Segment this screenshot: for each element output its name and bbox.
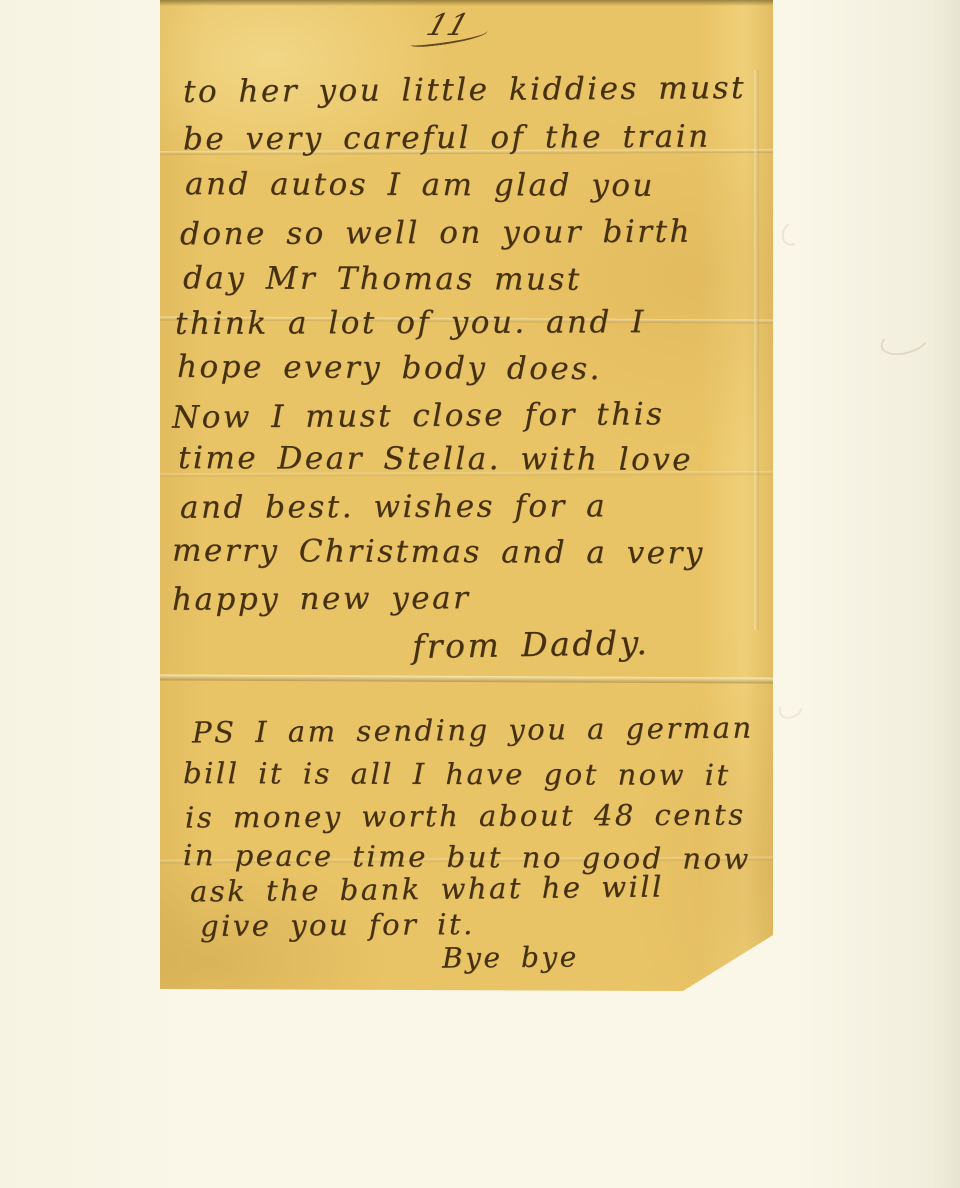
postscript-line: ask the bank what he will — [190, 870, 664, 909]
faint-pencil-mark — [877, 322, 932, 360]
letter-line: to her you little kiddies must — [183, 70, 746, 110]
letter-line: done so well on your birth — [180, 214, 692, 253]
postscript-line: PS I am sending you a german — [192, 711, 754, 750]
fold-crease — [160, 674, 773, 683]
postscript-line: is money worth about 48 cents — [185, 798, 746, 835]
letter-line: be very careful of the train — [183, 119, 711, 158]
letter-line: and autos I am glad you — [185, 166, 655, 204]
faint-pencil-mark — [778, 219, 805, 248]
letter-line: happy new year — [172, 580, 471, 618]
letter-line: and best. wishes for a — [180, 488, 607, 525]
postscript-line: give you for it. — [200, 907, 475, 943]
postscript-line: in peace time but no good now — [183, 838, 751, 876]
letter-line: day Mr Thomas must — [183, 260, 582, 297]
edge-crinkle — [754, 70, 759, 630]
postscript-line: bill it is all I have got now it — [183, 756, 731, 792]
letter-paper: 11 to her you little kiddies must be ver… — [160, 0, 773, 991]
letter-line: hope every body does. — [177, 349, 602, 387]
letter-line: Now I must close for this — [172, 396, 665, 435]
scanned-letter-page: 11 to her you little kiddies must be ver… — [0, 0, 960, 1188]
signature-line: from Daddy. — [412, 623, 650, 666]
faint-pencil-mark — [775, 693, 808, 723]
letter-line: time Dear Stella. with love — [178, 440, 693, 478]
letter-line: merry Christmas and a very — [172, 533, 705, 572]
letter-line: think a lot of you. and I — [175, 304, 646, 342]
closing-line: Bye bye — [442, 940, 579, 974]
